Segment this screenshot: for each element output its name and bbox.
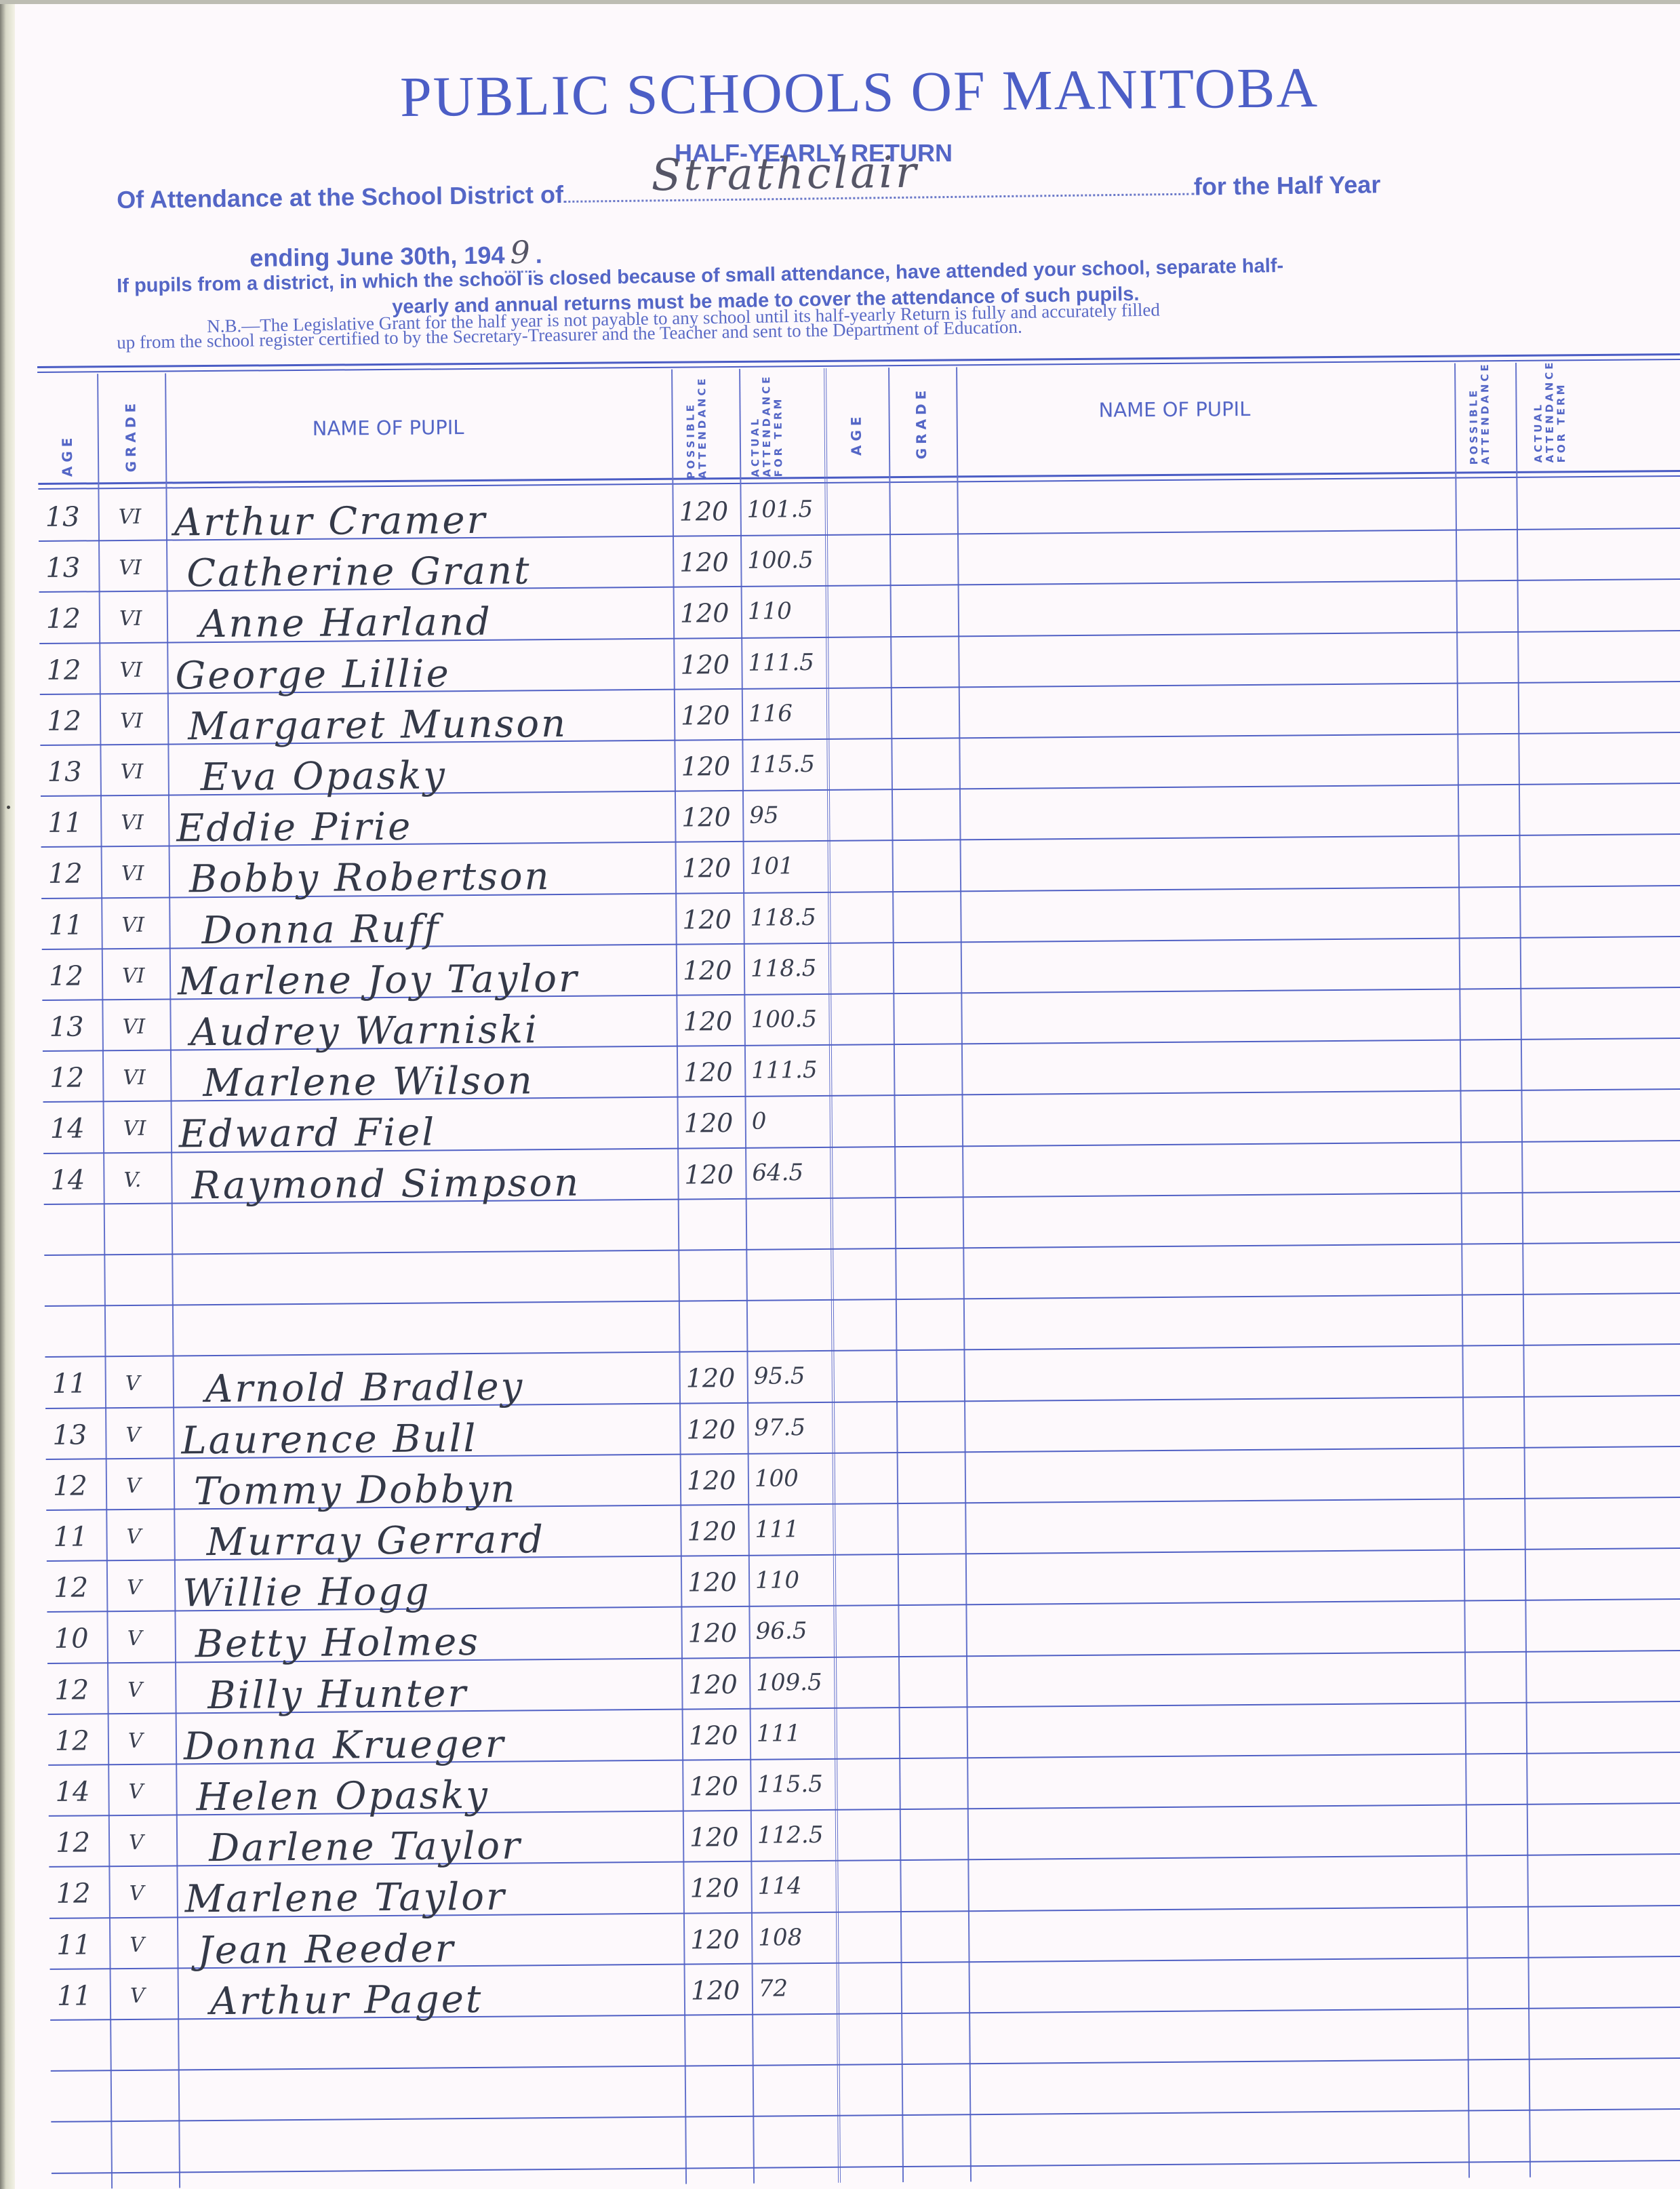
pupil-possible-attendance: 120 <box>683 1057 733 1088</box>
row-rule <box>44 1242 1680 1256</box>
col-header-possible-right: POSSIBLEATTENDANCE <box>1468 361 1492 465</box>
pupil-name: Donna Ruff <box>201 907 440 953</box>
pupil-possible-attendance: 120 <box>686 1415 736 1445</box>
pupil-possible-attendance: 120 <box>689 1873 739 1904</box>
pupil-age: 14 <box>50 1113 85 1145</box>
pupil-possible-attendance: 120 <box>679 496 729 527</box>
pupil-grade: V <box>125 1423 140 1446</box>
pupil-grade: VI <box>119 658 142 682</box>
pupil-name: Anne Harland <box>199 600 492 646</box>
pupil-age: 13 <box>49 1011 83 1042</box>
pupil-possible-attendance: 120 <box>680 650 729 680</box>
pupil-possible-attendance: 120 <box>688 1618 738 1649</box>
pupil-actual-attendance: 109.5 <box>756 1669 822 1697</box>
pupil-age: 10 <box>54 1623 89 1655</box>
pupil-actual-attendance: 115.5 <box>757 1771 823 1798</box>
pupil-possible-attendance: 120 <box>681 751 730 782</box>
pupil-grade: V. <box>123 1168 141 1191</box>
pupil-age: 12 <box>54 1674 89 1705</box>
pupil-actual-attendance: 101 <box>750 853 794 881</box>
col-header-name: NAME OF PUPIL <box>313 416 464 440</box>
pupil-grade: V <box>128 1729 143 1753</box>
pupil-name: Marlene Wilson <box>203 1059 534 1105</box>
pupil-age: 12 <box>56 1878 91 1910</box>
pupil-possible-attendance: 120 <box>689 1822 739 1853</box>
col-header-age: AGE <box>60 434 75 477</box>
row-rule <box>51 2108 1680 2123</box>
pupil-name: George Lillie <box>175 652 451 698</box>
pupil-actual-attendance: 95.5 <box>754 1363 805 1391</box>
col-header-actual-right: ACTUALATTENDANCEFOR TERM <box>1532 359 1567 462</box>
actual-label-1: ACTUAL <box>749 416 762 477</box>
pupil-name: Bobby Robertson <box>189 854 551 901</box>
pupil-grade: VI <box>123 1015 146 1039</box>
pupil-name: Tommy Dobbyn <box>194 1467 517 1514</box>
pupil-age: 12 <box>47 705 81 736</box>
pupil-age: 12 <box>48 859 83 890</box>
pupil-grade: VI <box>121 760 144 784</box>
pupil-possible-attendance: 120 <box>683 955 732 986</box>
pupil-age: 14 <box>55 1776 89 1807</box>
period-suffix: . <box>535 241 542 269</box>
pupil-age: 13 <box>47 757 82 788</box>
pupil-name: Jean Reeder <box>197 1927 456 1973</box>
pupil-grade: VI <box>120 709 143 733</box>
pupil-name: Eddie Pirie <box>176 805 412 851</box>
pupil-actual-attendance: 95 <box>749 802 779 829</box>
pupil-grade: V <box>125 1372 140 1396</box>
pupil-name: Willie Hogg <box>182 1570 431 1616</box>
district-suffix: for the Half Year <box>1194 170 1381 200</box>
possible-label-2: ATTENDANCE <box>696 376 708 479</box>
row-rule <box>45 1343 1680 1358</box>
pupil-grade: V <box>126 1525 141 1549</box>
page-top-edge <box>0 0 1680 4</box>
pupil-name: Donna Krueger <box>184 1722 506 1769</box>
pupil-grade: VI <box>121 913 144 936</box>
pupil-possible-attendance: 120 <box>683 1006 732 1037</box>
year-field[interactable]: 9 <box>504 234 536 273</box>
pupil-actual-attendance: 111.5 <box>751 1057 818 1084</box>
possible-label-1: POSSIBLE <box>684 402 697 479</box>
col-header-age-right: AGE <box>849 412 864 456</box>
pupil-age: 12 <box>49 1063 84 1094</box>
pupil-grade: V <box>126 1474 141 1498</box>
row-rule <box>51 2057 1680 2072</box>
pupil-actual-attendance: 100.5 <box>751 1006 817 1033</box>
actual-label-3: FOR TERM <box>1555 382 1567 462</box>
district-handwritten: Strathclair <box>651 148 919 201</box>
pupil-age: 13 <box>45 502 80 533</box>
pupil-actual-attendance: 118.5 <box>750 904 816 932</box>
pupil-possible-attendance: 120 <box>679 547 729 578</box>
pupil-possible-attendance: 120 <box>684 1108 734 1139</box>
pupil-grade: V <box>129 1933 144 1956</box>
attendance-table: AGE GRADE NAME OF PUPIL POSSIBLEATTENDAN… <box>37 353 1680 2189</box>
actual-label-1: ACTUAL <box>1532 402 1544 463</box>
pupil-age: 12 <box>53 1470 87 1501</box>
pupil-grade: VI <box>122 964 145 988</box>
pupil-possible-attendance: 120 <box>681 802 731 833</box>
pupil-possible-attendance: 120 <box>682 853 732 884</box>
pupil-grade: VI <box>121 862 144 886</box>
pupil-age: 11 <box>57 1980 92 2011</box>
pupil-grade: V <box>130 1984 145 2008</box>
pupil-age: 14 <box>50 1164 85 1196</box>
pupil-actual-attendance: 112.5 <box>757 1821 824 1849</box>
pupil-grade: VI <box>123 1117 146 1141</box>
pupil-grade: V <box>129 1831 144 1855</box>
pupil-actual-attendance: 110 <box>748 598 792 626</box>
pupil-actual-attendance: 111.5 <box>748 649 814 677</box>
page-edge-shadow <box>0 0 15 2189</box>
pupil-name: Laurence Bull <box>181 1417 477 1463</box>
pupil-actual-attendance: 96.5 <box>756 1618 807 1646</box>
period-prefix: ending June 30th, 194 <box>249 241 505 272</box>
pupil-name: Arthur Cramer <box>174 498 487 545</box>
pupil-name: Marlene Joy Taylor <box>178 957 579 1004</box>
pupil-age: 11 <box>56 1929 91 1960</box>
pupil-name: Marlene Taylor <box>185 1875 506 1922</box>
row-rule <box>45 1293 1680 1307</box>
actual-label-2: ATTENDANCE <box>760 374 773 477</box>
pupil-possible-attendance: 120 <box>684 1160 734 1190</box>
pupil-possible-attendance: 120 <box>689 1771 738 1802</box>
col-header-actual: ACTUALATTENDANCEFOR TERM <box>749 374 784 477</box>
district-prefix: Of Attendance at the School District of <box>117 180 563 214</box>
pupil-possible-attendance: 120 <box>686 1363 736 1394</box>
pupil-name: Darlene Taylor <box>209 1824 522 1871</box>
pupil-actual-attendance: 111 <box>757 1720 801 1748</box>
pupil-name: Arnold Bradley <box>205 1365 525 1412</box>
pupil-actual-attendance: 115.5 <box>748 751 815 778</box>
pupil-possible-attendance: 120 <box>681 701 730 731</box>
pupil-grade: VI <box>121 811 144 835</box>
pupil-name: Helen Opasky <box>196 1773 489 1819</box>
actual-label-3: FOR TERM <box>772 397 784 477</box>
pupil-possible-attendance: 120 <box>682 905 732 935</box>
pupil-age: 12 <box>56 1828 90 1859</box>
pupil-actual-attendance: 116 <box>748 700 793 728</box>
pupil-actual-attendance: 118.5 <box>751 955 817 983</box>
pupil-grade: VI <box>123 1066 146 1090</box>
form-title: PUBLIC SCHOOLS OF MANITOBA <box>400 55 1319 130</box>
pupil-grade: V <box>129 1882 144 1906</box>
pupil-actual-attendance: 72 <box>759 1975 788 2002</box>
pupil-age: 12 <box>46 654 81 686</box>
possible-label-2: ATTENDANCE <box>1479 361 1492 465</box>
pupil-grade: V <box>127 1627 142 1651</box>
pupil-name: Edward Fiel <box>179 1111 437 1157</box>
pupil-possible-attendance: 120 <box>687 1516 736 1547</box>
pupil-name: Betty Holmes <box>195 1620 481 1666</box>
pupil-age: 13 <box>45 553 80 584</box>
pupil-name: Eva Opasky <box>201 753 447 800</box>
pupil-actual-attendance: 108 <box>758 1924 802 1952</box>
pupil-grade: VI <box>119 556 142 580</box>
pupil-possible-attendance: 120 <box>691 1975 740 2006</box>
pupil-possible-attendance: 120 <box>689 1720 738 1751</box>
possible-label-1: POSSIBLE <box>1467 388 1480 465</box>
actual-label-2: ATTENDANCE <box>1543 359 1556 462</box>
pupil-age: 11 <box>53 1521 87 1552</box>
pupil-actual-attendance: 100.5 <box>747 547 814 574</box>
pupil-name: Billy Hunter <box>207 1672 468 1718</box>
pupil-age: 12 <box>49 960 83 991</box>
pupil-grade: V <box>127 1576 142 1600</box>
pupil-actual-attendance: 114 <box>757 1873 801 1901</box>
pupil-actual-attendance: 100 <box>755 1465 799 1493</box>
pupil-age: 11 <box>52 1368 87 1400</box>
pupil-actual-attendance: 111 <box>755 1516 799 1543</box>
pupil-possible-attendance: 120 <box>688 1670 738 1700</box>
pupil-age: 12 <box>55 1725 89 1756</box>
pupil-age: 12 <box>54 1573 88 1604</box>
pupil-actual-attendance: 110 <box>755 1566 799 1594</box>
pupil-grade: V <box>128 1780 143 1804</box>
pupil-name: Arthur Paget <box>210 1977 483 2024</box>
col-header-grade-right: GRADE <box>913 387 929 460</box>
pupil-age: 12 <box>46 604 81 635</box>
paper-speck <box>7 806 10 809</box>
pupil-name: Raymond Simpson <box>191 1160 580 1208</box>
pupil-grade: VI <box>119 607 142 631</box>
pupil-possible-attendance: 120 <box>687 1465 736 1496</box>
pupil-actual-attendance: 101.5 <box>747 496 814 524</box>
pupil-name: Audrey Warniski <box>190 1008 539 1054</box>
col-header-name-right: NAME OF PUPIL <box>1098 397 1250 422</box>
pupil-actual-attendance: 64.5 <box>752 1159 803 1187</box>
pupil-grade: V <box>127 1678 142 1701</box>
pupil-actual-attendance: 0 <box>752 1108 767 1135</box>
col-header-possible: POSSIBLEATTENDANCE <box>685 376 708 479</box>
pupil-name: Murray Gerrard <box>206 1518 545 1564</box>
pupil-possible-attendance: 120 <box>690 1925 740 1955</box>
period-line: ending June 30th, 1949. <box>249 234 542 274</box>
pupil-actual-attendance: 97.5 <box>754 1414 805 1442</box>
pupil-age: 11 <box>47 808 82 839</box>
pupil-grade: VI <box>119 505 142 529</box>
pupil-age: 13 <box>52 1419 87 1451</box>
pupil-age: 11 <box>48 909 83 941</box>
district-line: Of Attendance at the School District ofS… <box>117 166 1608 214</box>
pupil-name: Catherine Grant <box>186 549 532 595</box>
pupil-possible-attendance: 120 <box>680 598 729 629</box>
row-rule <box>52 2159 1680 2173</box>
district-field[interactable]: Strathclair <box>563 172 1194 203</box>
pupil-name: Margaret Munson <box>188 702 567 749</box>
col-header-grade: GRADE <box>123 399 138 473</box>
pupil-possible-attendance: 120 <box>687 1567 737 1598</box>
